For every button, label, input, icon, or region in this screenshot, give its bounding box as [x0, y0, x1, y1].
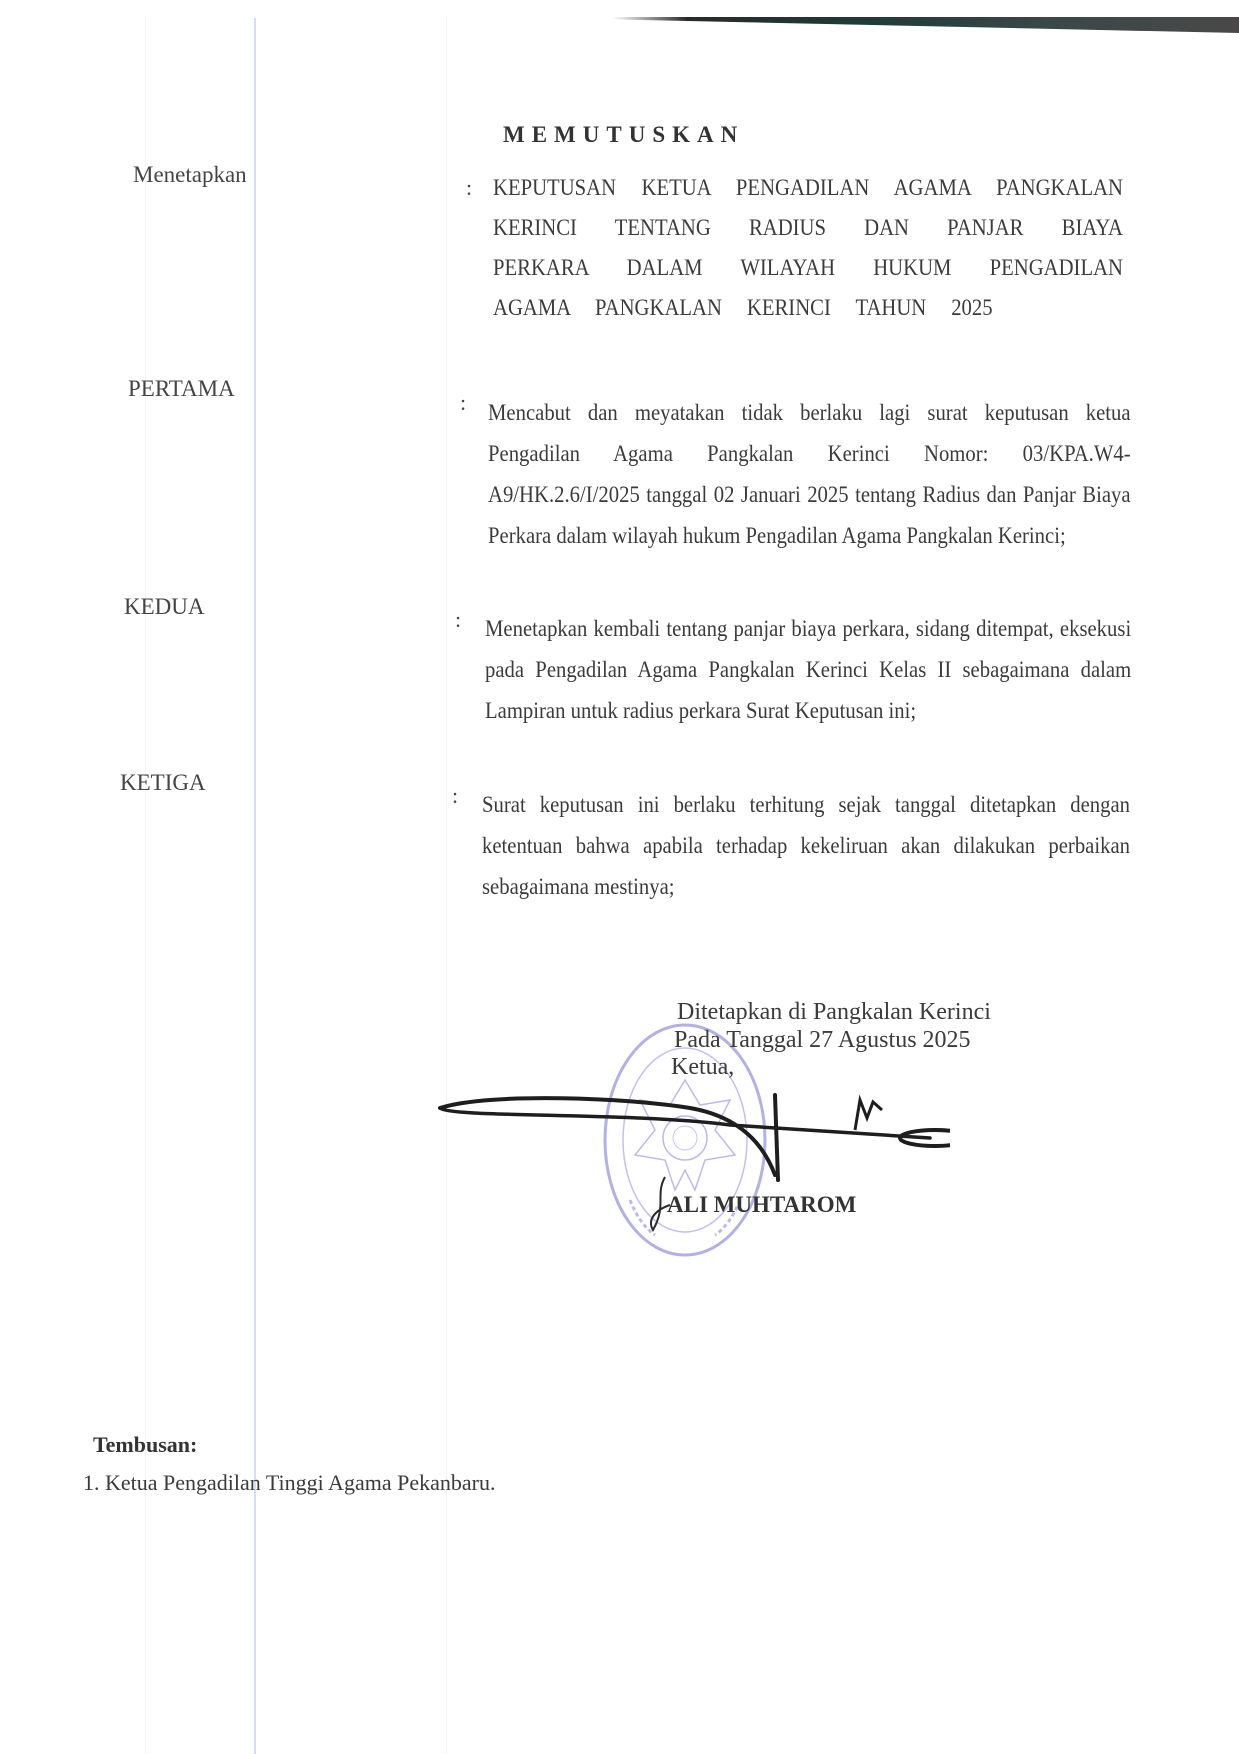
handwritten-signature-icon	[430, 1090, 950, 1200]
section-colon: :	[460, 390, 466, 416]
signature-position: Ketua,	[671, 1053, 734, 1081]
section-colon: :	[452, 783, 458, 809]
section-text-menetapkan: KEPUTUSAN KETUA PENGADILAN AGAMA PANGKAL…	[493, 168, 1123, 328]
section-colon: :	[455, 607, 461, 633]
section-text-ketiga: Surat keputusan ini berlaku terhitung se…	[482, 784, 1130, 907]
section-label-kedua: KEDUA	[124, 594, 205, 620]
section-label-pertama: PERTAMA	[128, 376, 235, 402]
cc-title: Tembusan:	[93, 1432, 197, 1458]
section-text-pertama: Mencabut dan meyatakan tidak berlaku lag…	[488, 392, 1131, 556]
signature-place: Ditetapkan di Pangkalan Kerinci	[677, 998, 991, 1026]
initial-paraf-icon	[645, 1175, 675, 1235]
decision-heading: MEMUTUSKAN	[503, 122, 744, 148]
section-colon: :	[466, 175, 472, 201]
section-label-ketiga: KETIGA	[120, 770, 206, 796]
section-label-menetapkan: Menetapkan	[133, 162, 247, 188]
signature-date: Pada Tanggal 27 Agustus 2025	[674, 1026, 971, 1054]
cc-item: 1. Ketua Pengadilan Tinggi Agama Pekanba…	[83, 1470, 495, 1496]
scan-edge-artifact	[612, 17, 1239, 33]
section-text-kedua: Menetapkan kembali tentang panjar biaya …	[485, 608, 1131, 731]
signatory-name: ALI MUHTAROM	[667, 1192, 856, 1218]
